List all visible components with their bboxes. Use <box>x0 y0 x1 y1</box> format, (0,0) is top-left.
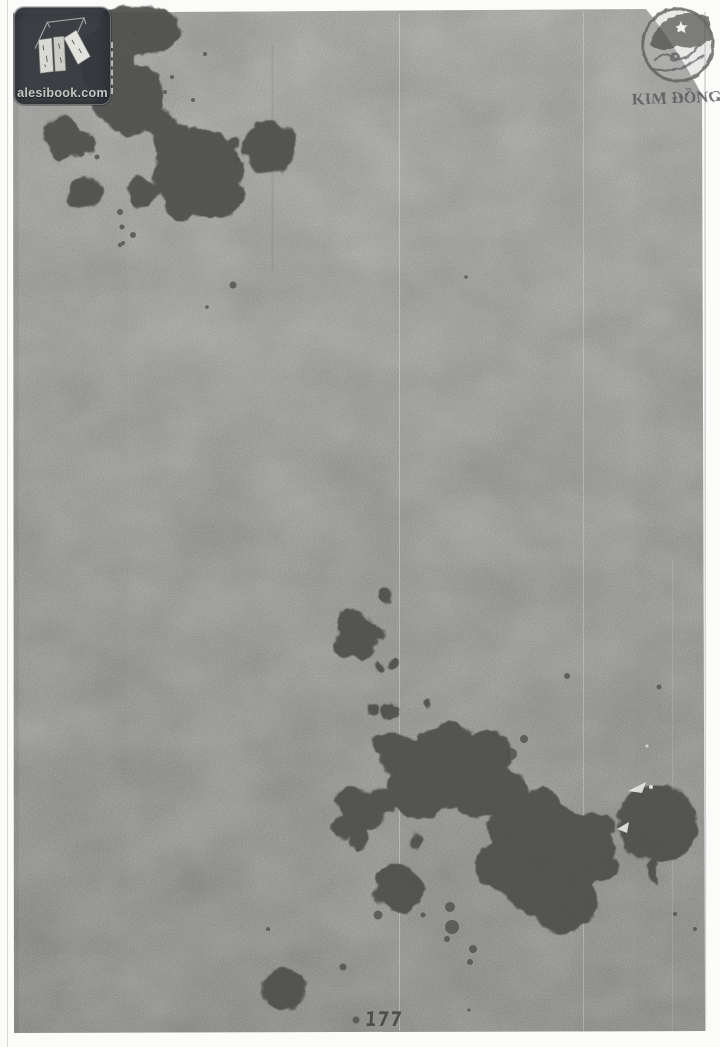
watermark-url-label: alesibook.com <box>15 86 110 100</box>
page-scan-artwork <box>0 0 720 1047</box>
books-icon <box>21 11 106 81</box>
page-number-label: 177 <box>364 1007 404 1031</box>
scan-artifact-dashed-line <box>111 42 113 94</box>
publisher-name-label: KIM ĐỒNG <box>631 85 720 108</box>
scanned-page: alesibook.com KIM ĐỒNG <box>0 0 720 1047</box>
watermark-badge: alesibook.com <box>14 7 111 105</box>
publisher-logo: KIM ĐỒNG <box>622 0 720 112</box>
